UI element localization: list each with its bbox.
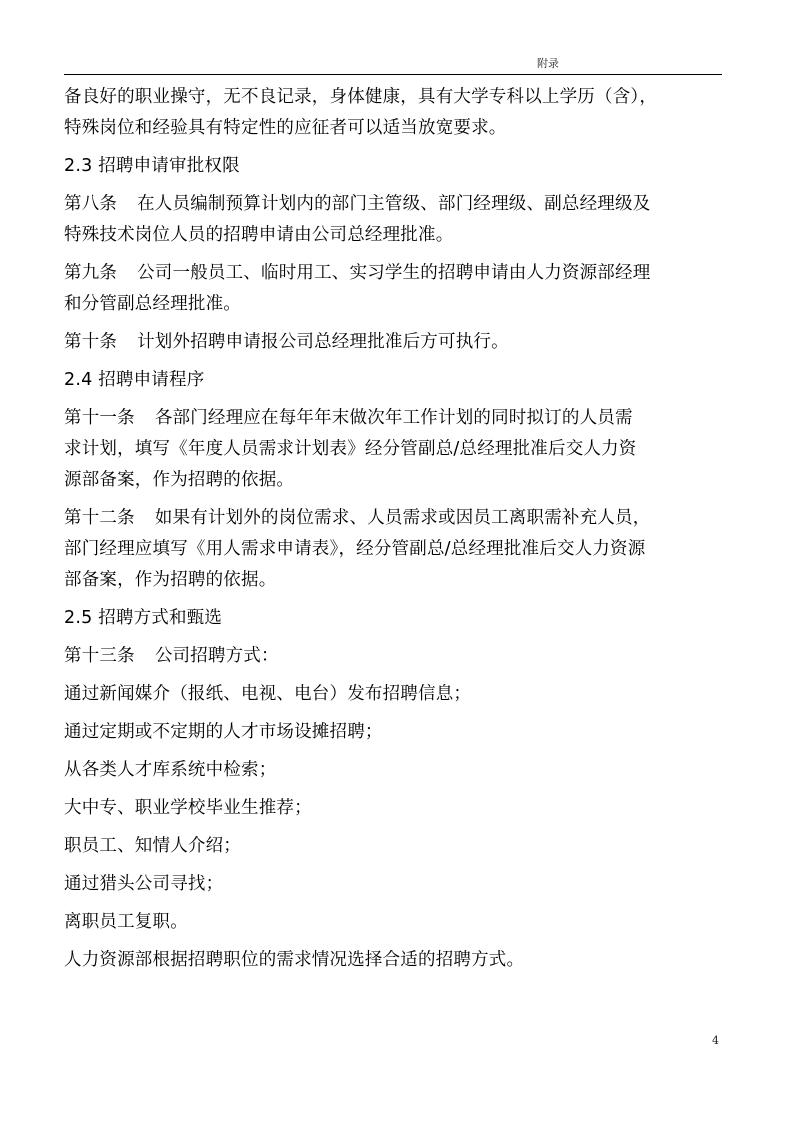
article-text: 计划外招聘申请报公司总经理批准后方可执行。 [137,332,509,352]
article-number: 第九条 [64,258,117,289]
section-heading-2-5: 2.5 招聘方式和甄选 [64,603,724,634]
article-text: 如果有计划外的岗位需求、人员需求或因员工离职需补充人员， [155,508,651,528]
text-line: 特殊岗位和经验具有特定性的应征者可以适当放宽要求。 [64,113,724,144]
article-number: 第八条 [64,189,117,220]
text-line: 求计划，填写《年度人员需求计划表》经分管副总/总经理批准后交人力资 [64,434,724,465]
recruit-method-job-fair: 通过定期或不定期的人才市场设摊招聘； [64,717,724,748]
text-line: 第十三条公司招聘方式： [64,641,724,672]
article-9: 第九条公司一般员工、临时用工、实习学生的招聘申请由人力资源部经理 和分管副总经理… [64,258,724,320]
recruit-method-rehire: 离职员工复职。 [64,907,724,938]
article-number: 第十一条 [64,403,135,434]
article-11: 第十一条各部门经理应在每年年末做次年工作计划的同时拟订的人员需 求计划，填写《年… [64,403,724,496]
article-8: 第八条在人员编制预算计划内的部门主管级、部门经理级、副总经理级及 特殊技术岗位人… [64,189,724,251]
document-body: 备良好的职业操守，无不良记录，身体健康，具有大学专科以上学历（含）， 特殊岗位和… [64,82,724,983]
article-text: 在人员编制预算计划内的部门主管级、部门经理级、副总经理级及 [137,194,650,214]
text-line: 部门经理应填写《用人需求申请表》，经分管副总/总经理批准后交人力资源 [64,534,724,565]
text-line: 部备案，作为招聘的依据。 [64,565,724,596]
page-header: 附录 [64,54,722,75]
section-heading-2-4: 2.4 招聘申请程序 [64,365,724,396]
recruit-method-school-referral: 大中专、职业学校毕业生推荐； [64,793,724,824]
page-number: 4 [712,1034,719,1047]
article-number: 第十三条 [64,641,135,672]
article-text: 公司一般员工、临时用工、实习学生的招聘申请由人力资源部经理 [137,263,650,283]
text-line: 特殊技术岗位人员的招聘申请由公司总经理批准。 [64,220,724,251]
text-line: 第九条公司一般员工、临时用工、实习学生的招聘申请由人力资源部经理 [64,258,724,289]
text-line: 和分管副总经理批准。 [64,289,724,320]
article-number: 第十条 [64,327,117,358]
text-line: 第十一条各部门经理应在每年年末做次年工作计划的同时拟订的人员需 [64,403,724,434]
recruit-method-employee-referral: 职员工、知情人介绍； [64,831,724,862]
section-heading-2-3: 2.3 招聘申请审批权限 [64,151,724,182]
recruit-method-media: 通过新闻媒介（报纸、电视、电台）发布招聘信息； [64,679,724,710]
text-line: 第八条在人员编制预算计划内的部门主管级、部门经理级、副总经理级及 [64,189,724,220]
header-title: 附录 [64,55,722,71]
text-line: 备良好的职业操守，无不良记录，身体健康，具有大学专科以上学历（含）， [64,82,724,113]
article-13: 第十三条公司招聘方式： [64,641,724,672]
article-number: 第十二条 [64,503,135,534]
text-line: 第十条计划外招聘申请报公司总经理批准后方可执行。 [64,327,724,358]
paragraph-qualifications: 备良好的职业操守，无不良记录，身体健康，具有大学专科以上学历（含）， 特殊岗位和… [64,82,724,144]
article-text: 公司招聘方式： [155,646,279,666]
article-12: 第十二条如果有计划外的岗位需求、人员需求或因员工离职需补充人员， 部门经理应填写… [64,503,724,596]
article-10: 第十条计划外招聘申请报公司总经理批准后方可执行。 [64,327,724,358]
text-line: 第十二条如果有计划外的岗位需求、人员需求或因员工离职需补充人员， [64,503,724,534]
recruit-method-headhunter: 通过猎头公司寻找； [64,869,724,900]
recruit-method-summary: 人力资源部根据招聘职位的需求情况选择合适的招聘方式。 [64,945,724,976]
recruit-method-talent-database: 从各类人才库系统中检索； [64,755,724,786]
article-text: 各部门经理应在每年年末做次年工作计划的同时拟订的人员需 [155,408,633,428]
text-line: 源部备案，作为招聘的依据。 [64,465,724,496]
